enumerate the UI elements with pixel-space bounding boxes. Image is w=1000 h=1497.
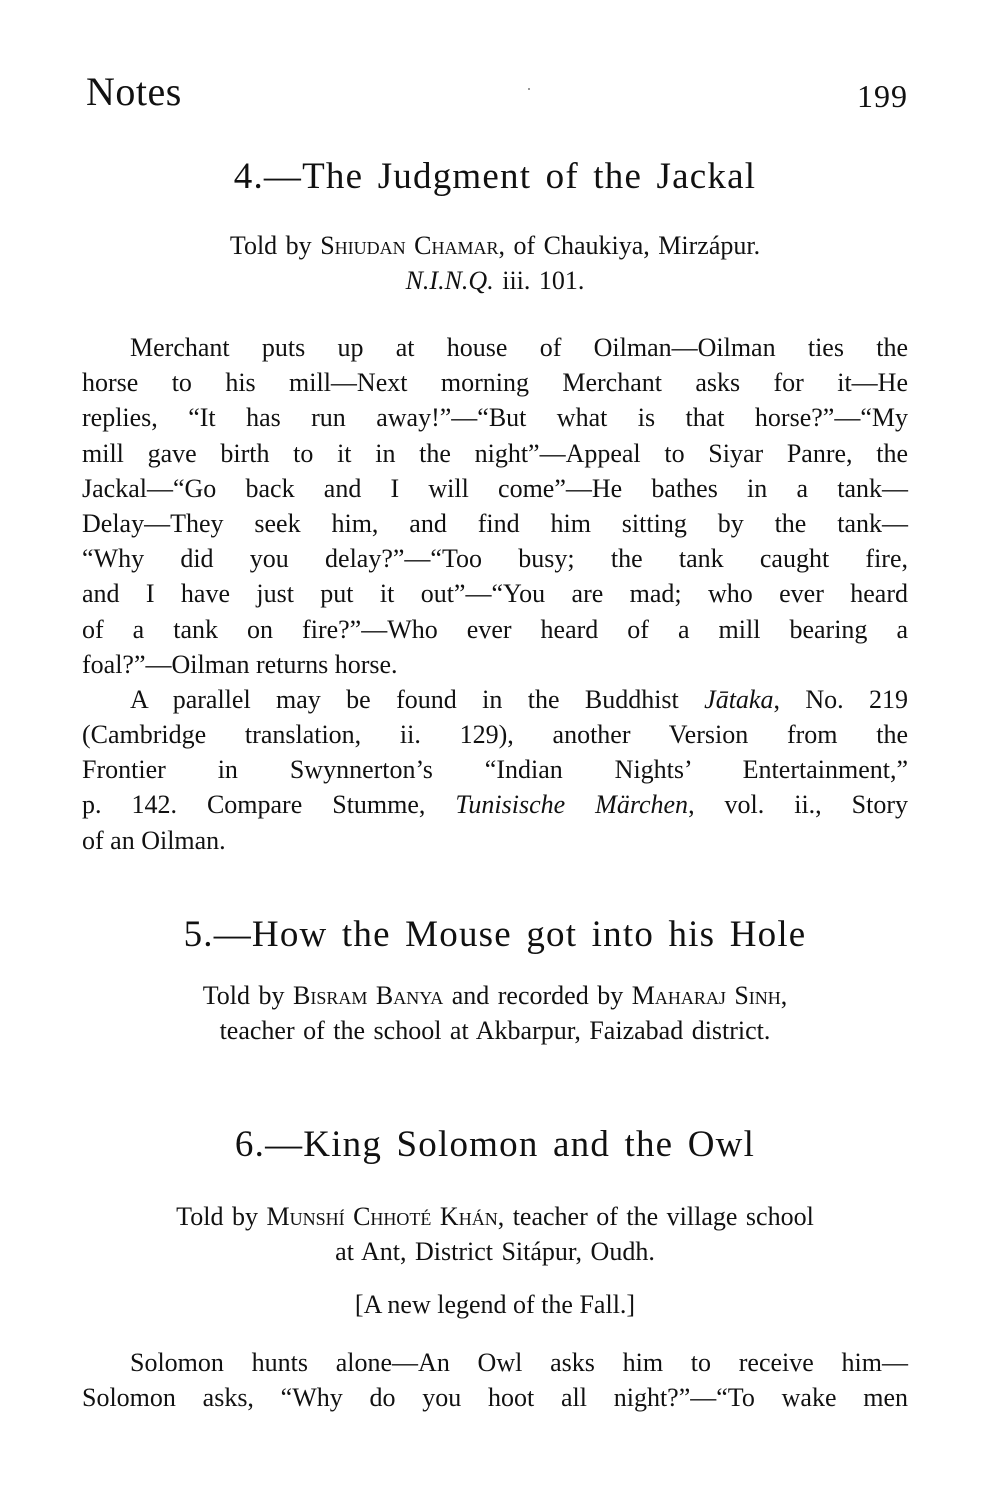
text-line: A parallel may be found in the Buddhist … <box>82 682 908 717</box>
page-number: 199 <box>857 78 908 115</box>
byline-reference: N.I.N.Q. iii. 101. <box>82 263 908 298</box>
section-heading-6: 6.—King Solomon and the Owl <box>82 1123 908 1166</box>
teller-name: Shiudan Chamar <box>320 231 498 260</box>
text-line: of a tank on fire?”—Who ever heard of a … <box>82 612 908 647</box>
running-head: Notes 199 <box>82 68 908 118</box>
text-line: Frontier in Swynnerton’s “Indian Nights’… <box>82 752 908 787</box>
text-line: mill gave birth to it in the night”—Appe… <box>82 436 908 471</box>
section-5-byline: Told by Bisram Banya and recorded by Mah… <box>82 978 908 1048</box>
text-line: p. 142. Compare Stumme, Tunisische Märch… <box>82 787 908 822</box>
section-6-summary: Solomon hunts alone—An Owl asks him to r… <box>82 1345 908 1415</box>
title-jataka: Jātaka <box>704 685 773 714</box>
text-line: of an Oilman. <box>82 823 908 858</box>
text-line: Delay—They seek him, and find him sittin… <box>82 506 908 541</box>
text-line: replies, “It has run away!”—“But what is… <box>82 400 908 435</box>
section-4-byline: Told by Shiudan Chamar, of Chaukiya, Mir… <box>82 228 908 298</box>
text-line: Solomon asks, “Why do you hoot all night… <box>82 1380 908 1415</box>
section-6-note: [A new legend of the Fall.] <box>82 1290 908 1320</box>
section-heading-5: 5.—How the Mouse got into his Hole <box>82 913 908 956</box>
byline-line-1: Told by Bisram Banya and recorded by Mah… <box>82 978 908 1013</box>
text-line: Merchant puts up at house of Oilman—Oilm… <box>82 330 908 365</box>
section-heading-4: 4.—The Judgment of the Jackal <box>82 155 908 198</box>
text-line: foal?”—Oilman returns horse. <box>82 647 908 682</box>
byline-line-2: at Ant, District Sitápur, Oudh. <box>82 1234 908 1269</box>
section-6-byline: Told by Munshí Chhoté Khán, teacher of t… <box>82 1199 908 1269</box>
title-tunisische-marchen: Tunisische Märchen <box>455 790 688 819</box>
byline-line-1: Told by Munshí Chhoté Khán, teacher of t… <box>82 1199 908 1234</box>
text-line: Solomon hunts alone—An Owl asks him to r… <box>82 1345 908 1380</box>
text-line: and I have just put it out”—“You are mad… <box>82 576 908 611</box>
text-line: horse to his mill—Next morning Merchant … <box>82 365 908 400</box>
section-4-summary: Merchant puts up at house of Oilman—Oilm… <box>82 330 908 858</box>
recorder-name: Maharaj Sinh <box>632 981 781 1010</box>
teller-name: Munshí Chhoté Khán <box>266 1202 497 1231</box>
text-line: (Cambridge translation, ii. 129), anothe… <box>82 717 908 752</box>
byline-line-2: teacher of the school at Akbarpur, Faiza… <box>82 1013 908 1048</box>
running-title: Notes <box>86 68 182 115</box>
byline-line-1: Told by Shiudan Chamar, of Chaukiya, Mir… <box>82 228 908 263</box>
teller-name: Bisram Banya <box>293 981 443 1010</box>
text-line: “Why did you delay?”—“Too busy; the tank… <box>82 541 908 576</box>
text-line: Jackal—“Go back and I will come”—He bath… <box>82 471 908 506</box>
